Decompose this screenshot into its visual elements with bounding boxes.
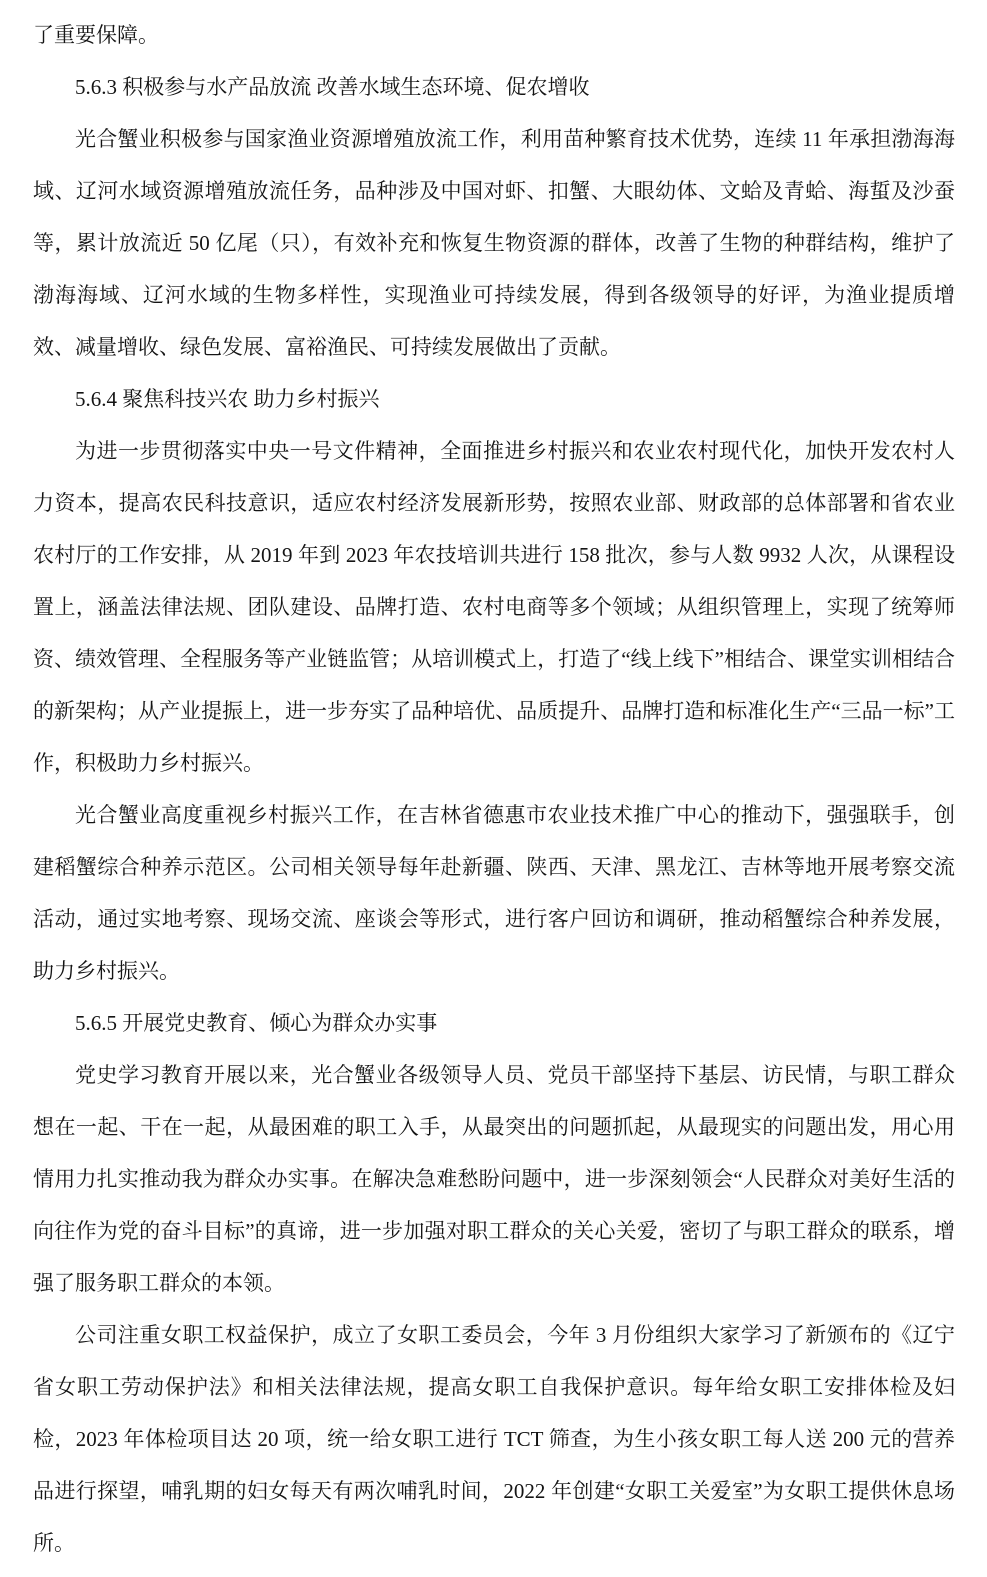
body-paragraph: 为进一步贯彻落实中央一号文件精神，全面推进乡村振兴和农业农村现代化，加快开发农村…: [33, 425, 955, 789]
section-heading: 5.6.4 聚焦科技兴农 助力乡村振兴: [33, 373, 955, 425]
body-paragraph: 党史学习教育开展以来，光合蟹业各级领导人员、党员干部坚持下基层、访民情，与职工群…: [33, 1049, 955, 1309]
body-paragraph: 光合蟹业高度重视乡村振兴工作，在吉林省德惠市农业技术推广中心的推动下，强强联手，…: [33, 789, 955, 997]
body-paragraph: 公司注重女职工权益保护，成立了女职工委员会，今年 3 月份组织大家学习了新颁布的…: [33, 1309, 955, 1569]
paragraph-continuation: 了重要保障。: [33, 9, 955, 61]
section-heading: 5.6.5 开展党史教育、倾心为群众办实事: [33, 997, 955, 1049]
section-heading: 5.6.3 积极参与水产品放流 改善水域生态环境、促农增收: [33, 61, 955, 113]
document-page: 了重要保障。5.6.3 积极参与水产品放流 改善水域生态环境、促农增收光合蟹业积…: [0, 0, 987, 1577]
body-paragraph: 光合蟹业积极参与国家渔业资源增殖放流工作，利用苗种繁育技术优势，连续 11 年承…: [33, 113, 955, 373]
